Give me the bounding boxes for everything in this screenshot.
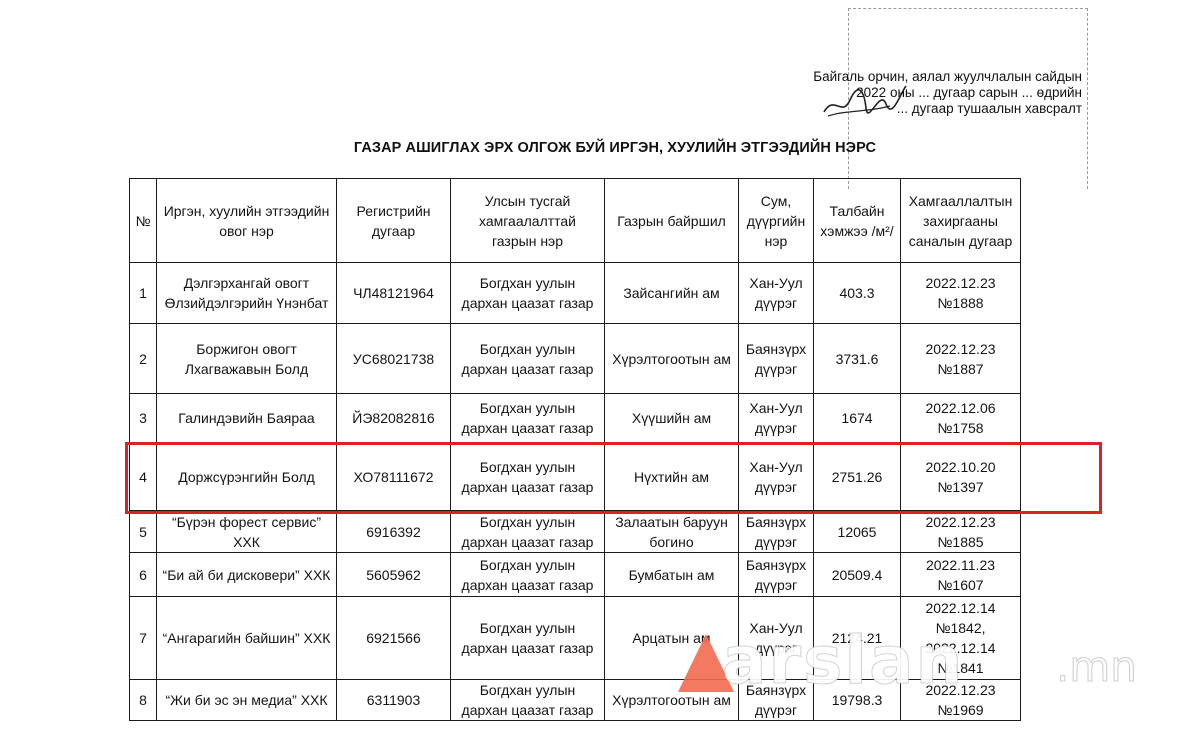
signature-icon — [820, 82, 910, 122]
watermark-tld: .mn — [1056, 642, 1137, 691]
cell-protected-area: Богдхан уулын дархан цаазат газар — [451, 597, 605, 680]
cell-registry: УС68021738 — [337, 324, 451, 394]
cell-name: “Би ай би дисковери” ХХК — [157, 553, 337, 597]
header-no: № — [130, 179, 157, 263]
header-district: Сум, дүүргийн нэр — [739, 179, 814, 263]
cell-district: Хан-Уул дүүрэг — [739, 263, 814, 324]
cell-protected-area: Богдхан уулын дархан цаазат газар — [451, 394, 605, 443]
cell-proposal: 2022.12.14 №1842, 2022.12.14 №1841 — [901, 597, 1021, 680]
cell-area-size: 19798.3 — [814, 680, 901, 721]
cell-proposal: 2022.12.23 №1888 — [901, 263, 1021, 324]
cell-protected-area: Богдхан уулын дархан цаазат газар — [451, 263, 605, 324]
header-name: Иргэн, хуулийн этгээдийн овог нэр — [157, 179, 337, 263]
table-row: 1Дэлгэрхангай овогт Өлзийдэлгэрийн Үнэнб… — [130, 263, 1021, 324]
cell-protected-area: Богдхан уулын дархан цаазат газар — [451, 680, 605, 721]
cell-district: Хан-Уул дүүрэг — [739, 597, 814, 680]
cell-district: Баянзүрх дүүрэг — [739, 511, 814, 553]
header-registry: Регистрийн дугаар — [337, 179, 451, 263]
cell-protected-area: Богдхан уулын дархан цаазат газар — [451, 511, 605, 553]
table-row: 4Доржсүрэнгийн БолдХО78111672Богдхан уул… — [130, 443, 1021, 511]
cell-name: “Бүрэн форест сервис” ХХК — [157, 511, 337, 553]
table-header-row: № Иргэн, хуулийн этгээдийн овог нэр Реги… — [130, 179, 1021, 263]
cell-registry: 6311903 — [337, 680, 451, 721]
cell-location: Нүхтийн ам — [605, 443, 739, 511]
cell-registry: 6916392 — [337, 511, 451, 553]
header-proposal: Хамгааллалтын захиргааны саналын дугаар — [901, 179, 1021, 263]
cell-name: Дэлгэрхангай овогт Өлзийдэлгэрийн Үнэнба… — [157, 263, 337, 324]
cell-location: Арцатын ам — [605, 597, 739, 680]
cell-area-size: 1674 — [814, 394, 901, 443]
table-row: 7“Ангарагийн байшин” ХХК6921566Богдхан у… — [130, 597, 1021, 680]
cell-protected-area: Богдхан уулын дархан цаазат газар — [451, 443, 605, 511]
table-row: 2Боржигон овогт Лхагважавын БолдУС680217… — [130, 324, 1021, 394]
cell-area-size: 20509.4 — [814, 553, 901, 597]
header-protected-area: Улсын тусгай хамгаалалттай газрын нэр — [451, 179, 605, 263]
cell-no: 3 — [130, 394, 157, 443]
cell-registry: ЙЭ82082816 — [337, 394, 451, 443]
cell-location: Хүрэлтогоотын ам — [605, 324, 739, 394]
cell-location: Зайсангийн ам — [605, 263, 739, 324]
cell-location: Залаатын баруун богино — [605, 511, 739, 553]
cell-proposal: 2022.12.23 №1969 — [901, 680, 1021, 721]
cell-location: Хүрэлтогоотын ам — [605, 680, 739, 721]
land-use-table: № Иргэн, хуулийн этгээдийн овог нэр Реги… — [129, 178, 1021, 721]
table-row: 5“Бүрэн форест сервис” ХХК6916392Богдхан… — [130, 511, 1021, 553]
cell-area-size: 2751.26 — [814, 443, 901, 511]
cell-registry: ХО78111672 — [337, 443, 451, 511]
cell-name: Боржигон овогт Лхагважавын Болд — [157, 324, 337, 394]
cell-area-size: 403.3 — [814, 263, 901, 324]
cell-name: “Ангарагийн байшин” ХХК — [157, 597, 337, 680]
cell-proposal: 2022.12.06 №1758 — [901, 394, 1021, 443]
cell-no: 7 — [130, 597, 157, 680]
table-row: 8“Жи би эс эн медиа” ХХК6311903Богдхан у… — [130, 680, 1021, 721]
cell-no: 5 — [130, 511, 157, 553]
cell-no: 4 — [130, 443, 157, 511]
cell-proposal: 2022.10.20 №1397 — [901, 443, 1021, 511]
cell-protected-area: Богдхан уулын дархан цаазат газар — [451, 324, 605, 394]
cell-no: 6 — [130, 553, 157, 597]
cell-location: Хүүшийн ам — [605, 394, 739, 443]
cell-area-size: 2124.21 — [814, 597, 901, 680]
cell-protected-area: Богдхан уулын дархан цаазат газар — [451, 553, 605, 597]
cell-district: Баянзүрх дүүрэг — [739, 553, 814, 597]
cell-proposal: 2022.12.23 №1885 — [901, 511, 1021, 553]
cell-no: 8 — [130, 680, 157, 721]
cell-name: Доржсүрэнгийн Болд — [157, 443, 337, 511]
cell-no: 2 — [130, 324, 157, 394]
cell-district: Хан-Уул дүүрэг — [739, 443, 814, 511]
cell-area-size: 12065 — [814, 511, 901, 553]
cell-no: 1 — [130, 263, 157, 324]
cell-district: Баянзүрх дүүрэг — [739, 324, 814, 394]
document-title: ГАЗАР АШИГЛАХ ЭРХ ОЛГОЖ БУЙ ИРГЭН, ХУУЛИ… — [0, 140, 1200, 156]
cell-registry: 6921566 — [337, 597, 451, 680]
header-location: Газрын байршил — [605, 179, 739, 263]
cell-registry: ЧЛ48121964 — [337, 263, 451, 324]
cell-district: Хан-Уул дүүрэг — [739, 394, 814, 443]
table-row: 3Галиндэвийн БаярааЙЭ82082816Богдхан уул… — [130, 394, 1021, 443]
cell-proposal: 2022.11.23 №1607 — [901, 553, 1021, 597]
table-row: 6“Би ай би дисковери” ХХК5605962Богдхан … — [130, 553, 1021, 597]
cell-proposal: 2022.12.23 №1887 — [901, 324, 1021, 394]
cell-name: Галиндэвийн Баяраа — [157, 394, 337, 443]
header-area-size: Талбайн хэмжээ /м²/ — [814, 179, 901, 263]
cell-district: Баянзүрх дүүрэг — [739, 680, 814, 721]
cell-registry: 5605962 — [337, 553, 451, 597]
cell-location: Бумбатын ам — [605, 553, 739, 597]
cell-area-size: 3731.6 — [814, 324, 901, 394]
cell-name: “Жи би эс эн медиа” ХХК — [157, 680, 337, 721]
